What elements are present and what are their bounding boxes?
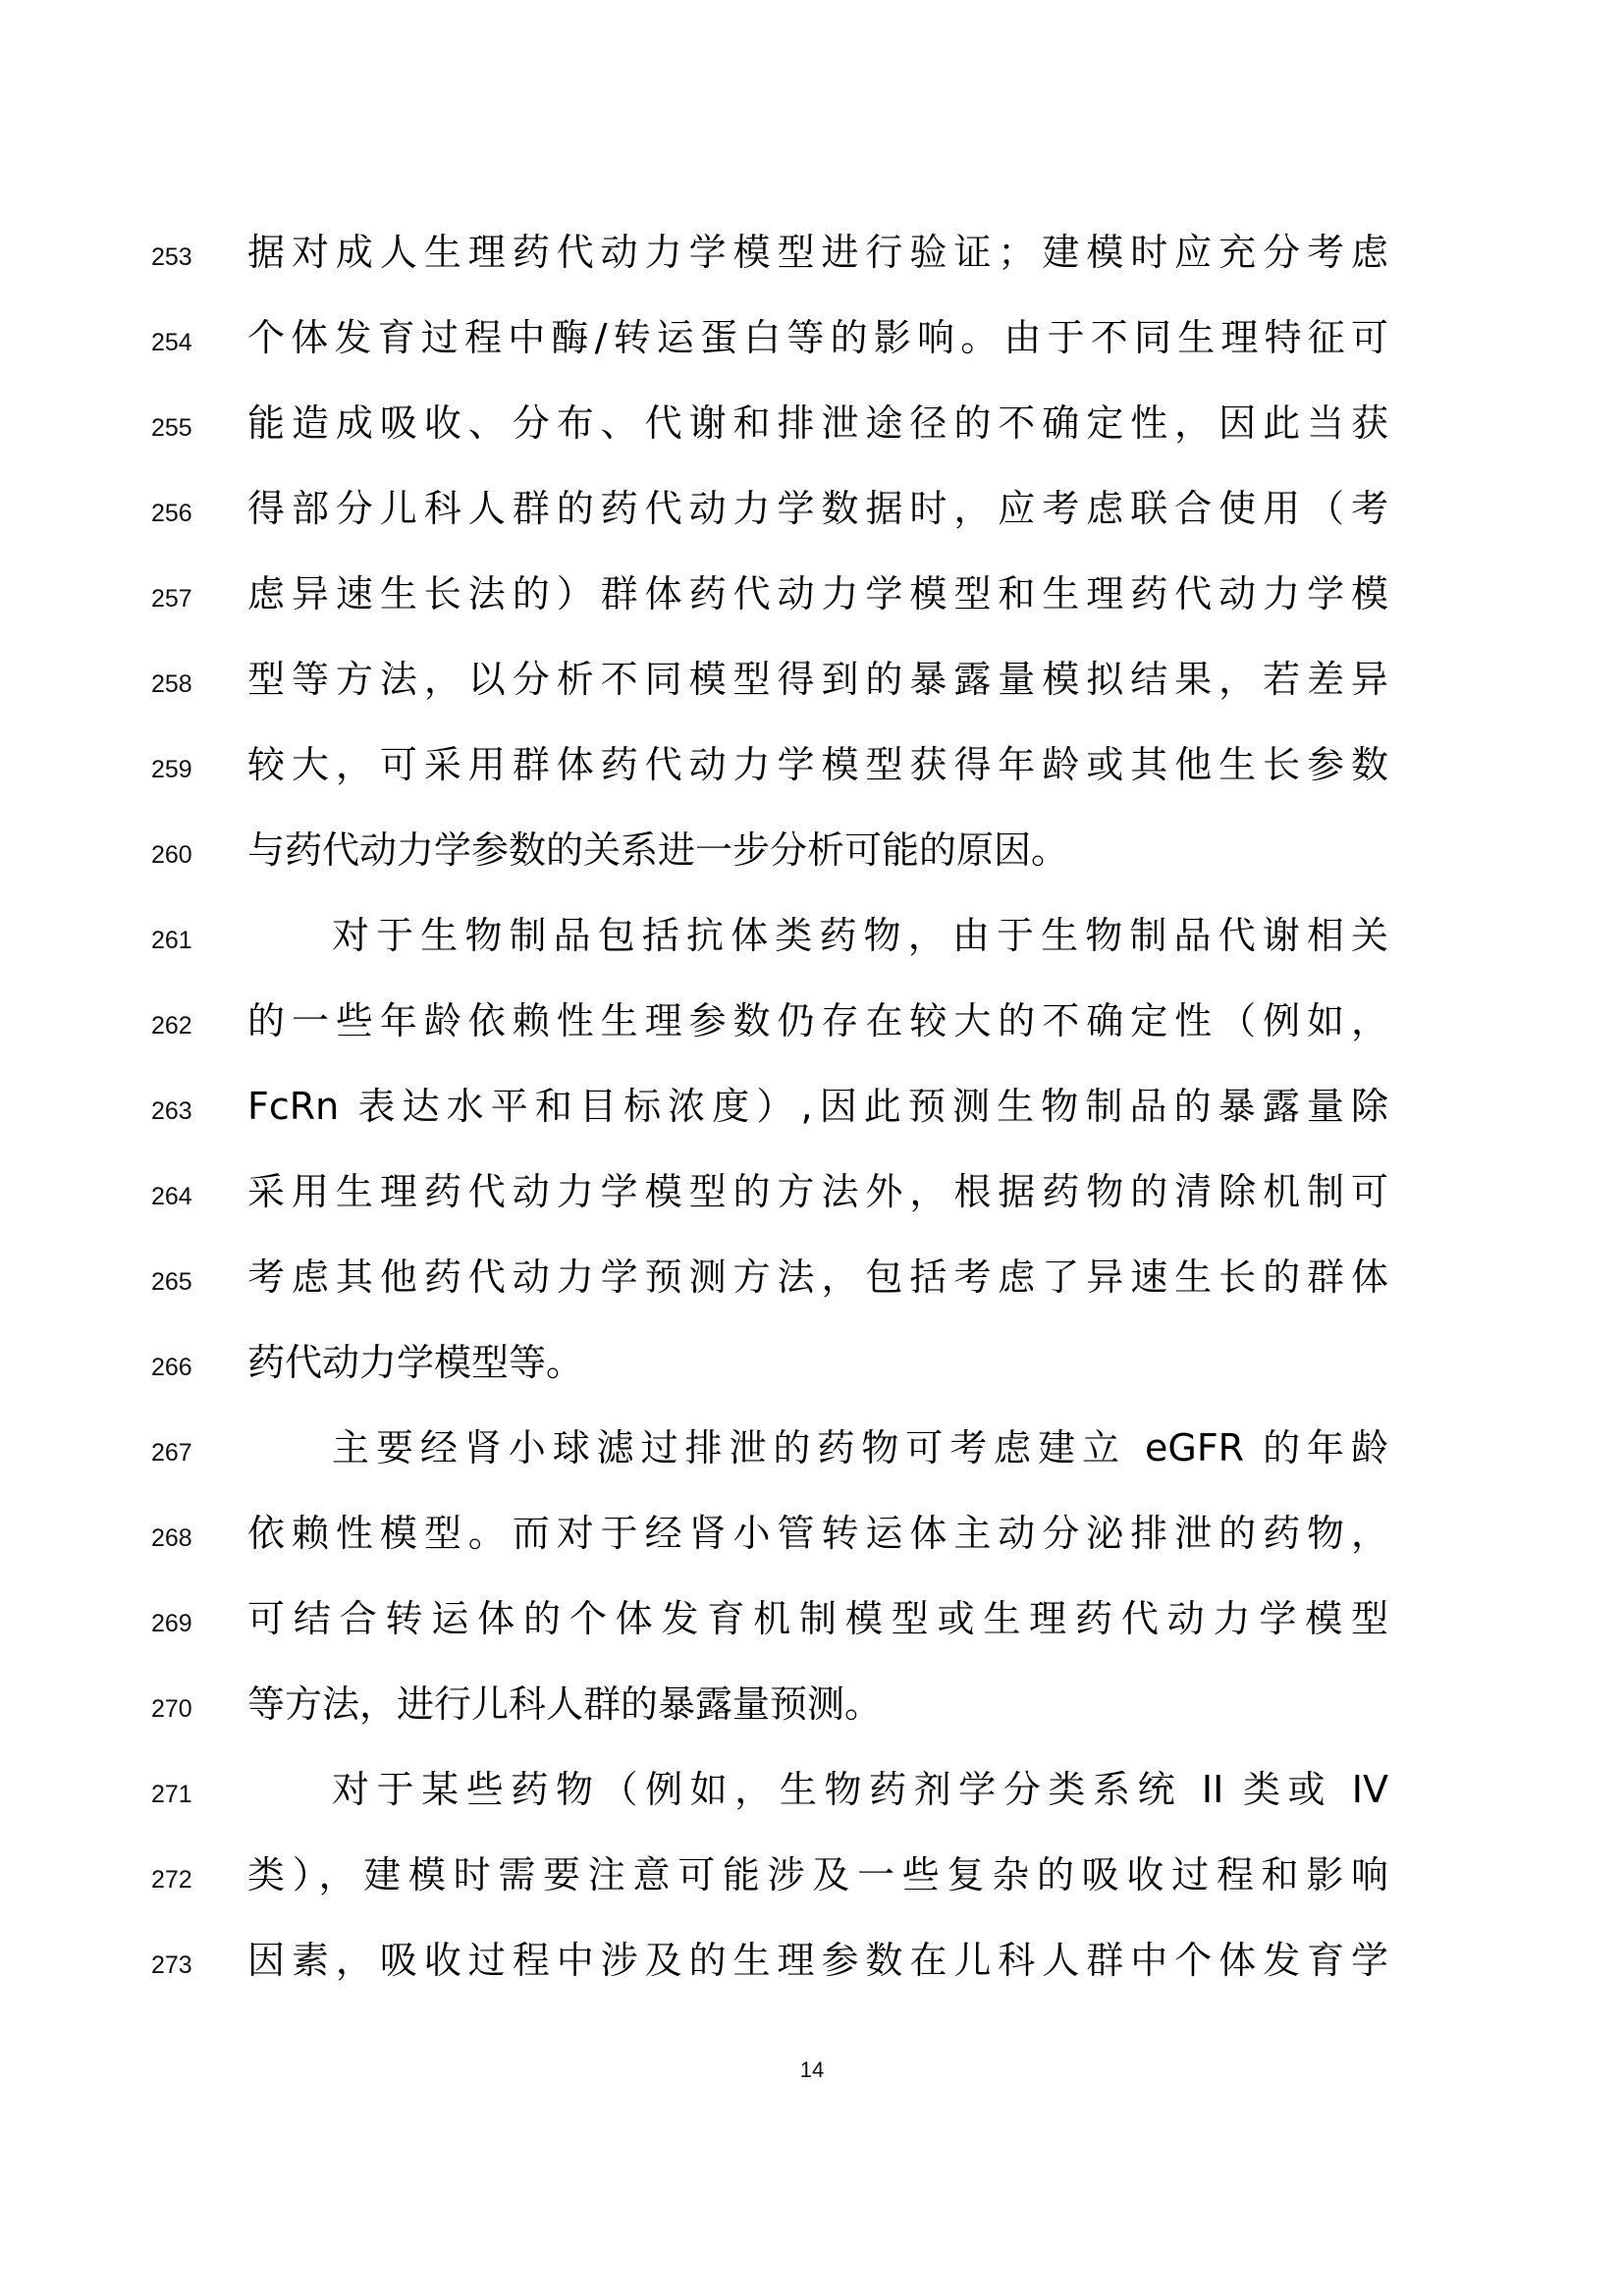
- line-number: 268: [151, 1524, 192, 1553]
- line-text: 主要经肾小球滤过排泄的药物可考虑建立 eGFR 的年龄: [332, 1421, 1388, 1474]
- line-number: 263: [151, 1097, 192, 1126]
- line-268: 268 依赖性模型。而对于经肾小管转运体主动分泌排泄的药物，: [0, 1499, 1624, 1584]
- line-265: 265 考虑其他药代动力学预测方法，包括考虑了异速生长的群体: [0, 1243, 1624, 1328]
- line-262: 262 的一些年龄依赖性生理参数仍存在较大的不确定性（例如，: [0, 987, 1624, 1072]
- line-number: 264: [151, 1183, 192, 1211]
- line-text: 考虑其他药代动力学预测方法，包括考虑了异速生长的群体: [247, 1251, 1388, 1304]
- line-260: 260 与药代动力学参数的关系进一步分析可能的原因。: [0, 816, 1624, 901]
- line-number: 260: [151, 841, 192, 870]
- line-text: 的一些年龄依赖性生理参数仍存在较大的不确定性（例如，: [247, 994, 1388, 1047]
- line-261: 261 对于生物制品包括抗体类药物，由于生物制品代谢相关: [0, 901, 1624, 987]
- line-271: 271 对于某些药物（例如，生物药剂学分类系统 II 类或 IV: [0, 1755, 1624, 1841]
- line-256: 256 得部分儿科人群的药代动力学数据时，应考虑联合使用（考: [0, 474, 1624, 560]
- line-text: 采用生理药代动力学模型的方法外，根据药物的清除机制可: [247, 1165, 1388, 1218]
- line-text: 等方法，进行儿科人群的暴露量预测。: [247, 1678, 1388, 1731]
- line-text: 与药代动力学参数的关系进一步分析可能的原因。: [247, 824, 1388, 877]
- line-number: 267: [151, 1439, 192, 1468]
- line-number: 271: [151, 1781, 192, 1809]
- line-text: 药代动力学模型等。: [247, 1336, 1388, 1389]
- line-258: 258 型等方法，以分析不同模型得到的暴露量模拟结果，若差异: [0, 645, 1624, 730]
- line-254: 254 个体发育过程中酶/转运蛋白等的影响。由于不同生理特征可: [0, 303, 1624, 389]
- line-number: 266: [151, 1354, 192, 1382]
- line-text: 较大，可采用群体药代动力学模型获得年龄或其他生长参数: [247, 738, 1388, 791]
- line-272: 272 类），建模时需要注意可能涉及一些复杂的吸收过程和影响: [0, 1841, 1624, 1926]
- line-text: 得部分儿科人群的药代动力学数据时，应考虑联合使用（考: [247, 482, 1388, 535]
- line-270: 270 等方法，进行儿科人群的暴露量预测。: [0, 1670, 1624, 1755]
- line-text: 依赖性模型。而对于经肾小管转运体主动分泌排泄的药物，: [247, 1507, 1388, 1560]
- line-text: 对于某些药物（例如，生物药剂学分类系统 II 类或 IV: [332, 1763, 1388, 1816]
- line-273: 273 因素，吸收过程中涉及的生理参数在儿科人群中个体发育学: [0, 1926, 1624, 2011]
- line-number: 256: [151, 500, 192, 528]
- line-255: 255 能造成吸收、分布、代谢和排泄途径的不确定性，因此当获: [0, 389, 1624, 474]
- line-text: 能造成吸收、分布、代谢和排泄途径的不确定性，因此当获: [247, 397, 1388, 450]
- line-number: 270: [151, 1695, 192, 1724]
- line-257: 257 虑异速生长法的）群体药代动力学模型和生理药代动力学模: [0, 560, 1624, 645]
- line-number: 257: [151, 585, 192, 614]
- line-text: 虑异速生长法的）群体药代动力学模型和生理药代动力学模: [247, 567, 1388, 620]
- line-number: 255: [151, 414, 192, 443]
- line-253: 253 据对成人生理药代动力学模型进行验证；建模时应充分考虑: [0, 218, 1624, 303]
- line-number: 272: [151, 1866, 192, 1895]
- line-text: FcRn 表达水平和目标浓度）,因此预测生物制品的暴露量除: [247, 1080, 1388, 1133]
- line-number: 258: [151, 670, 192, 699]
- line-number: 254: [151, 329, 192, 357]
- line-text: 可结合转运体的个体发育机制模型或生理药代动力学模型: [247, 1592, 1388, 1645]
- line-number: 265: [151, 1268, 192, 1297]
- document-page: 253 据对成人生理药代动力学模型进行验证；建模时应充分考虑 254 个体发育过…: [0, 0, 1624, 2296]
- line-text: 对于生物制品包括抗体类药物，由于生物制品代谢相关: [332, 909, 1388, 962]
- line-number: 262: [151, 1012, 192, 1041]
- line-number: 269: [151, 1610, 192, 1638]
- line-text: 据对成人生理药代动力学模型进行验证；建模时应充分考虑: [247, 226, 1388, 279]
- line-263: 263 FcRn 表达水平和目标浓度）,因此预测生物制品的暴露量除: [0, 1072, 1624, 1157]
- line-259: 259 较大，可采用群体药代动力学模型获得年龄或其他生长参数: [0, 730, 1624, 816]
- page-number: 14: [0, 2057, 1624, 2083]
- line-number: 253: [151, 243, 192, 272]
- line-text: 因素，吸收过程中涉及的生理参数在儿科人群中个体发育学: [247, 1934, 1388, 1987]
- line-267: 267 主要经肾小球滤过排泄的药物可考虑建立 eGFR 的年龄: [0, 1414, 1624, 1499]
- line-number: 273: [151, 1951, 192, 1980]
- line-number: 261: [151, 927, 192, 955]
- line-number: 259: [151, 756, 192, 784]
- line-269: 269 可结合转运体的个体发育机制模型或生理药代动力学模型: [0, 1584, 1624, 1670]
- line-text: 型等方法，以分析不同模型得到的暴露量模拟结果，若差异: [247, 653, 1388, 706]
- line-266: 266 药代动力学模型等。: [0, 1328, 1624, 1414]
- line-text: 类），建模时需要注意可能涉及一些复杂的吸收过程和影响: [247, 1848, 1388, 1901]
- line-264: 264 采用生理药代动力学模型的方法外，根据药物的清除机制可: [0, 1157, 1624, 1243]
- line-text: 个体发育过程中酶/转运蛋白等的影响。由于不同生理特征可: [247, 311, 1388, 364]
